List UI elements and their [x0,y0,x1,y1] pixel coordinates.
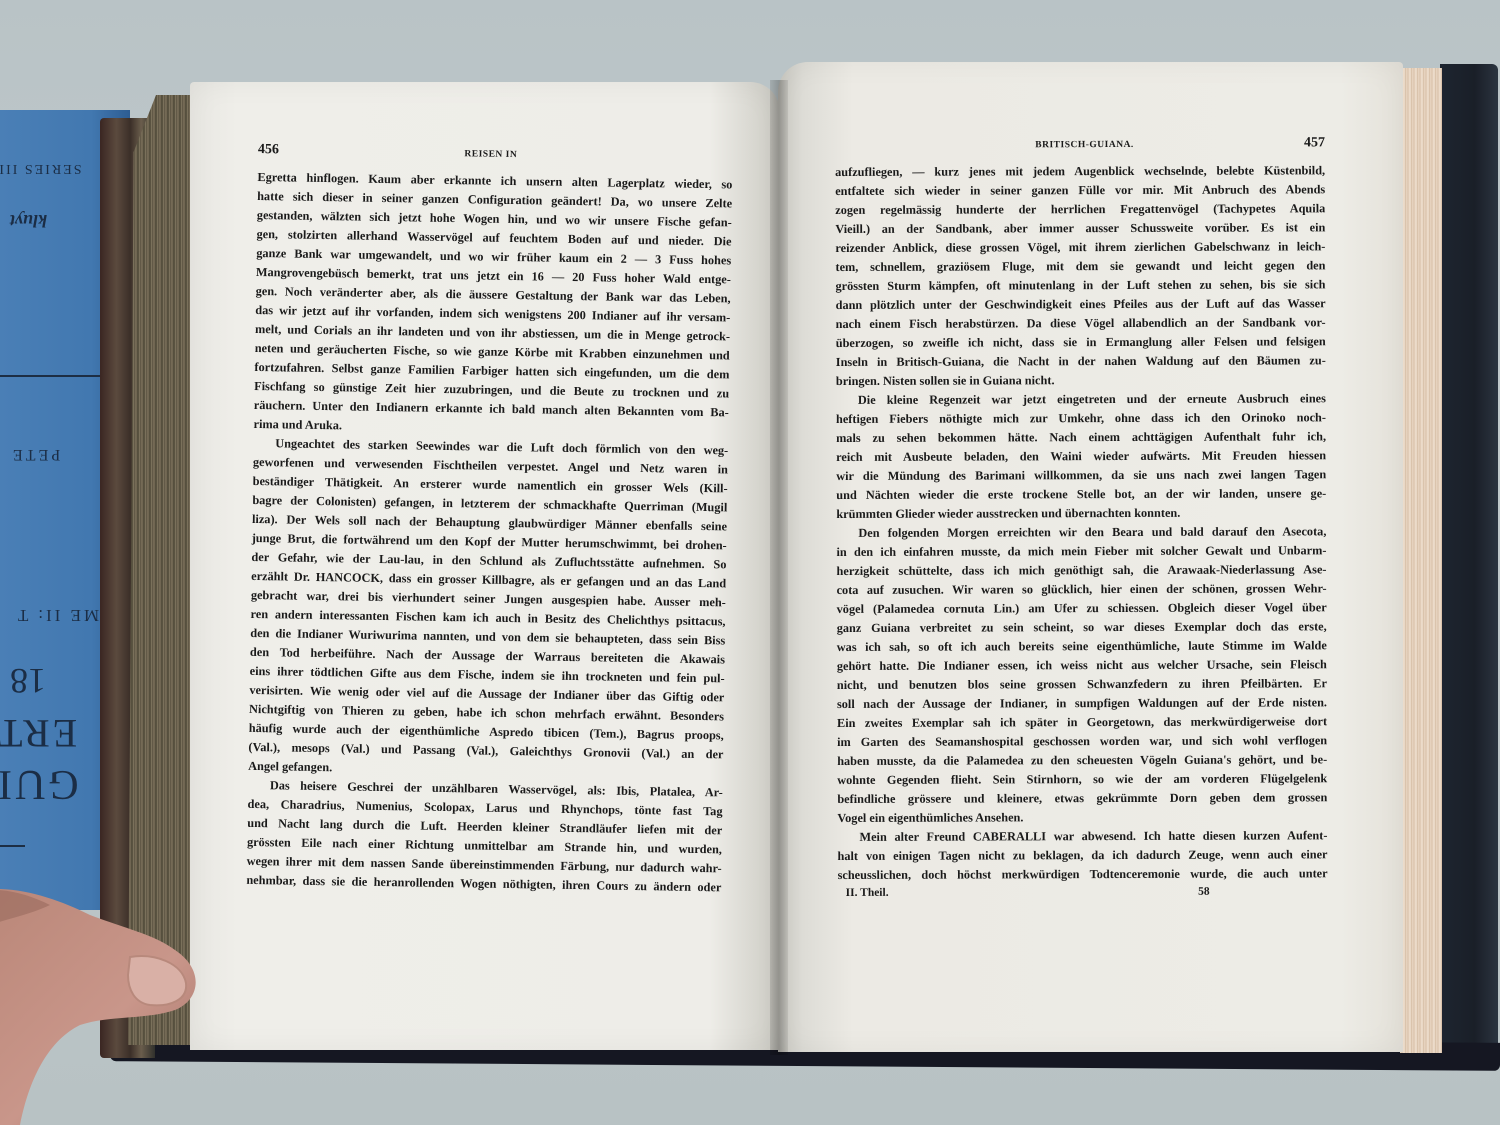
cover-rule [0,845,25,847]
right-page-body: aufzufliegen, — kurz jenes mit jedem Aug… [835,161,1328,885]
text-line: was ich sah, so oft ich auch bereits sei… [837,636,1327,657]
text-line: Vogel ein eigenthümliches Ansehen. [837,807,1327,828]
page-number: 456 [258,142,279,158]
text-line: scheusslichen, doch höchst merkwürdigen … [838,864,1328,885]
page-footer: II. Theil. 58 [838,885,1328,899]
left-page-body: Egretta hinflogen. Kaum aber erkannte ic… [246,168,732,897]
text-line: Die kleine Regenzeit war jetzt eingetret… [836,389,1326,410]
running-head: REISEN IN [464,149,517,160]
text-line: im Garten des Seamanshospital geschossen… [837,731,1327,752]
left-page-text: 456 REISEN IN Egretta hinflogen. Kaum ab… [246,142,733,897]
text-line: reich mit Ausbeute beladen, den Waini wi… [836,446,1326,467]
text-line: Vieill.) an der Sandbank, aber immer aus… [835,218,1325,239]
text-line: entfaltete sich wieder in seiner ganzen … [835,180,1325,201]
text-line: soll nach der Aussage der Indianer, in s… [837,693,1327,714]
text-line: aufzufliegen, — kurz jenes mit jedem Aug… [835,161,1325,182]
cover-text-hakluyt: kluyt [10,210,47,231]
text-line: vögel (Palamedea cornuta Lin.) am Ufer z… [837,598,1327,619]
right-page-text: BRITISCH-GUIANA. 457 aufzufliegen, — kur… [835,135,1328,899]
text-line: befindliche grössere und kleinere, etwas… [837,788,1327,809]
text-line: mals zu sehen bekommen hätte. Nach einem… [836,427,1326,448]
text-line: gehört hatte. Die Indianer essen, ich we… [837,655,1327,676]
text-line: tem, schnellem, graziösem Fluge, mit dem… [835,256,1325,277]
text-line: zogen regelmässig hunderte der herrliche… [835,199,1325,220]
signature-number: 58 [1198,886,1210,898]
text-line: reizender Anblick, diese grossen Vögel, … [835,237,1325,258]
text-line: haben musste, da die Palamedea zu den sc… [837,750,1327,771]
page-number: 457 [1304,135,1325,151]
cover-text-pete: PETE [10,445,60,463]
cover-text-ert: ERT [0,710,77,757]
right-page-header: BRITISCH-GUIANA. 457 [835,135,1325,153]
text-line: Ein zweites Exemplar sah ich später in G… [837,712,1327,733]
text-line: in den ich einfahren musste, da mich mei… [836,541,1326,562]
page-edges-right [1400,68,1442,1053]
text-line: Den folgenden Morgen erreichten wir den … [836,522,1326,543]
text-line: Mein alter Freund CABERALLI war abwesend… [837,826,1327,847]
text-line: heftigen Fiebers nöthigte mich zur Umkeh… [836,408,1326,429]
text-line: ganz Guiana verbreitet zu sein scheint, … [837,617,1327,638]
text-line: nach einem Fisch herabstürzen. Da diese … [836,313,1326,334]
text-line: cota auf zusuchen. Wir waren so glücklic… [837,579,1327,600]
text-line: krümmten Glieder wieder ausstrecken und … [836,503,1326,524]
text-line: herzigkeit schüttelte, dass ich mich gen… [836,560,1326,581]
cover-text-series: SERIES III V [0,160,82,176]
signature-volume: II. Theil. [846,887,889,899]
thumb-holding-page [0,875,210,1125]
book-cover-right [1440,64,1498,1062]
text-line: und Nächten wieder die erste trockene St… [836,484,1326,505]
cover-text-volume: ME II: T [15,605,99,625]
text-line: nicht, und benutzen blos seine grossen S… [837,674,1327,695]
text-line: überzogen, so zweifle ich nicht, dass si… [836,332,1326,353]
text-line: halt von einigen Tagen nicht zu beklagen… [837,845,1327,866]
running-head: BRITISCH-GUIANA. [1035,140,1134,150]
cover-text-gui: GUI [0,760,79,808]
text-line: wir die Mündung des Barimani willkommen,… [836,465,1326,486]
text-line: dann plötzlich unter der Geschwindigkeit… [836,294,1326,315]
text-line: Inseln in Britisch-Guiana, die Nacht in … [836,351,1326,372]
text-line: wohnte Gegenden flieht. Sein Stirnhorn, … [837,769,1327,790]
text-line: bringen. Nisten sollen sie in Guiana nic… [836,370,1326,391]
text-line: grössten Sturm kämpfen, oft minutenlang … [835,275,1325,296]
cover-text-year: 18 [10,660,46,702]
book-gutter [770,80,788,1055]
